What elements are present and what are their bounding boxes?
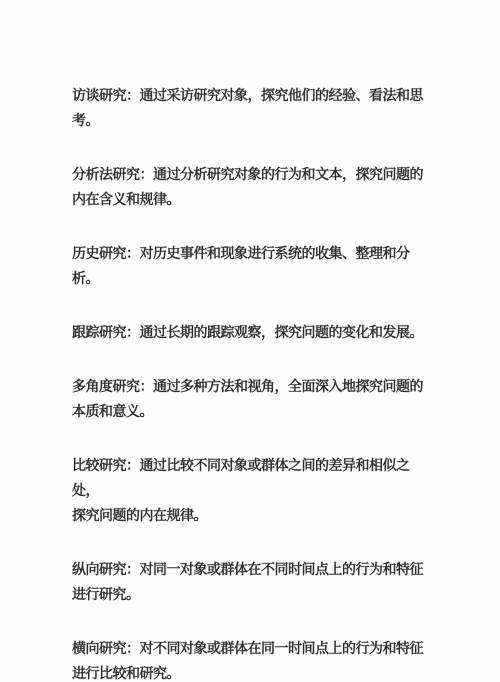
- paragraph-cross-sectional-research: 横向研究：对不同对象或群体在同一时间点上的行为和特征 进行比较和研究。: [72, 636, 432, 682]
- paragraph-longitudinal-research: 纵向研究：对同一对象或群体在不同时间点上的行为和特征 进行研究。: [72, 557, 432, 607]
- paragraph-analysis-research: 分析法研究：通过分析研究对象的行为和文本，探究问题的 内在含义和规律。: [72, 162, 432, 212]
- paragraph-tracking-research: 跟踪研究：通过长期的跟踪观察，探究问题的变化和发展。: [72, 320, 432, 345]
- paragraph-interview-research: 访谈研究：通过采访研究对象，探究他们的经验、看法和思 考。: [72, 83, 432, 133]
- paragraph-comparative-research: 比较研究：通过比较不同对象或群体之间的差异和相似之处， 探究问题的内在规律。: [72, 453, 432, 528]
- document-page: 访谈研究：通过采访研究对象，探究他们的经验、看法和思 考。 分析法研究：通过分析…: [0, 0, 500, 682]
- paragraph-historical-research: 历史研究：对历史事件和现象进行系统的收集、整理和分析。: [72, 241, 432, 291]
- paragraph-multi-angle-research: 多角度研究：通过多种方法和视角，全面深入地探究问题的 本质和意义。: [72, 374, 432, 424]
